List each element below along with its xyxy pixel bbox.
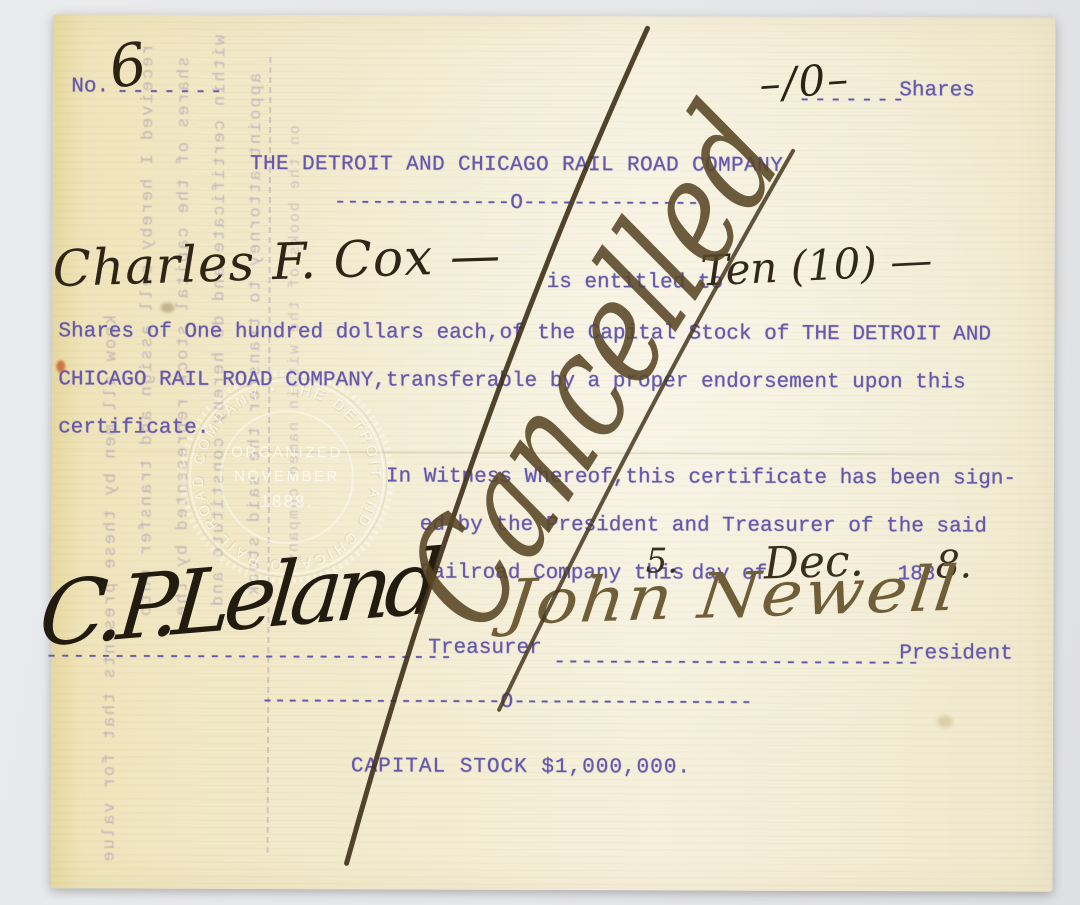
bleed-through-column: within certificate and do hereby constit… xyxy=(209,35,231,845)
shares-label: Shares xyxy=(899,79,975,102)
paper-speck xyxy=(937,715,953,727)
seal-center-line3: 1888. xyxy=(261,492,314,511)
bottom-divider: -------------------O------------------- xyxy=(261,690,753,715)
seal-center-line1: ORGANIZED xyxy=(231,444,343,461)
certificate-number-handwritten: 6 xyxy=(105,34,150,97)
president-signature: John Newell xyxy=(503,557,962,633)
paper-speck xyxy=(160,303,174,313)
capital-stock-text: CAPITAL STOCK $1,000,000. xyxy=(351,755,691,779)
seal-center-line2: NOVEMBER xyxy=(234,468,340,485)
body-line-3: certificate. xyxy=(58,416,209,440)
shares-value-handwritten: –/0– xyxy=(758,58,851,106)
president-label: President xyxy=(899,642,1013,665)
bleed-through-column: received I hereby sell assign and transf… xyxy=(137,45,159,845)
bleed-through-column: appoint attorney to transfer the said st… xyxy=(245,73,267,833)
president-signature-line: --------------------------- xyxy=(553,651,920,675)
bleed-through-column: shares of the capital stock represented … xyxy=(173,57,195,837)
certificate-number-label: No. xyxy=(71,75,109,98)
holder-name-signature: Charles F. Cox — xyxy=(52,230,502,294)
certificate-paper: know all men by these presents that for … xyxy=(50,14,1055,891)
vertical-fold-line xyxy=(267,57,272,853)
